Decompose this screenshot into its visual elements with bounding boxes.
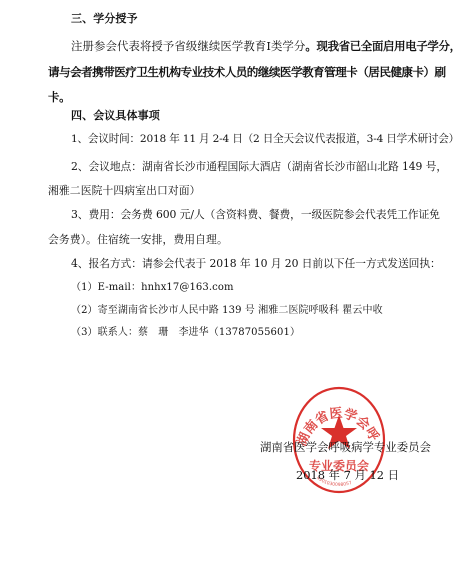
registration-method-mail: （2）寄至湖南省长沙市人民中路 139 号 湘雅二医院呼吸科 瞿云中收 bbox=[71, 304, 383, 318]
section-3-heading: 三、学分授予 bbox=[71, 12, 138, 26]
signature-organization: 湖南省医学会呼吸病学专业委员会 bbox=[260, 440, 431, 454]
registration-method-contact: （3）联系人：蔡 珊 李进华（13787055601） bbox=[71, 326, 300, 340]
document-page: 三、学分授予 注册参会代表将授予省级继续医学教育Ⅰ类学分。现我省已全面启用电子学… bbox=[0, 0, 469, 574]
section-3-paragraph-line-2: 请与会者携带医疗卫生机构专业技术人员的继续医学教育管理卡（居民健康卡）刷 bbox=[48, 65, 446, 79]
meeting-location-item-cont: 湘雅二医院十四病室出口对面） bbox=[48, 184, 201, 198]
section-3-text-normal: 注册参会代表将授予省级继续医学教育Ⅰ类学分 bbox=[71, 39, 305, 53]
registration-method-email: （1）E-mail：hnhx17@163.com bbox=[71, 281, 234, 295]
meeting-fee-item-cont: 会务费）。住宿统一安排，费用自理。 bbox=[48, 233, 228, 247]
meeting-fee-item: 3、费用：会务费 600 元/人（含资料费、餐费，一级医院参会代表凭工作证免 bbox=[71, 208, 440, 222]
meeting-location-item: 2、会议地点：湖南省长沙市通程国际大酒店（湖南省长沙市韶山北路 149 号， bbox=[71, 160, 447, 174]
section-4-heading: 四、会议具体事项 bbox=[71, 109, 160, 123]
section-3-paragraph-line-3: 卡。 bbox=[48, 90, 70, 104]
signature-date: 2018 年 7 月 12 日 bbox=[296, 468, 399, 482]
meeting-time-item: 1、会议时间：2018 年 11 月 2-4 日（2 日全天会议代表报道，3-4… bbox=[71, 132, 459, 146]
registration-item: 4、报名方式：请参会代表于 2018 年 10 月 20 日前以下任一方式发送回… bbox=[71, 257, 441, 271]
section-3-text-bold: 。现我省已全面启用电子学分， bbox=[305, 39, 460, 53]
section-3-paragraph-line-1: 注册参会代表将授予省级继续医学教育Ⅰ类学分。现我省已全面启用电子学分， bbox=[71, 39, 461, 53]
